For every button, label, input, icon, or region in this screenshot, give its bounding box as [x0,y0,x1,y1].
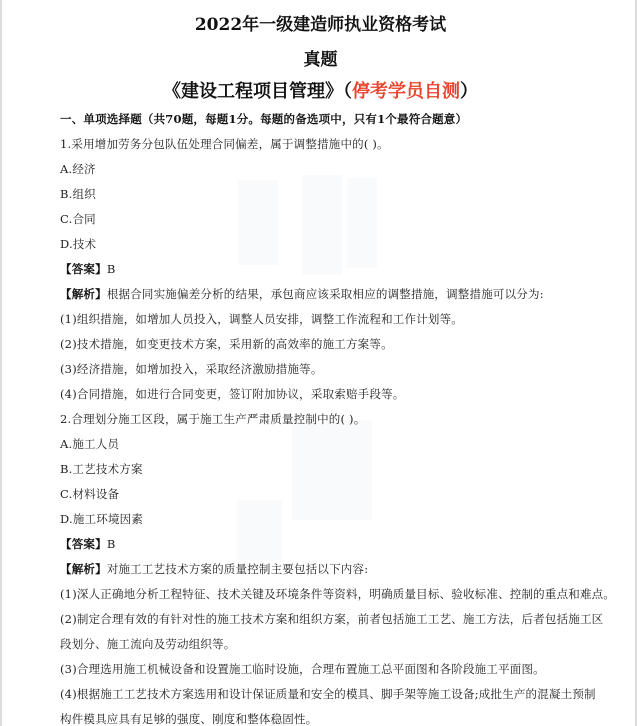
option-b: B.工艺技术方案 [60,461,143,477]
analysis-line: 【解析】对施工工艺技术方案的质量控制主要包括以下内容: [60,561,368,577]
document-page: 2022年一级建造师执业资格考试 真题 《建设工程项目管理》（停考学员自测） 一… [0,0,637,726]
analysis-point: (1)组织措施，如增加人员投入，调整人员安排，调整工作流程和工作计划等。 [60,311,463,327]
subject-title: 《建设工程项目管理》（停考学员自测） [2,77,637,103]
option-c: C.合同 [60,211,96,227]
watermark [292,420,372,520]
answer-tag: 【答案】 [60,262,107,276]
option-a: A.施工人员 [60,436,119,452]
answer-tag: 【答案】 [60,537,107,551]
question-stem: 2.合理划分施工区段，属于施工生产严肃质量控制中的( )。 [60,411,365,427]
analysis-point: 段划分、施工流向及劳动组织等。 [60,636,236,652]
option-b: B.组织 [60,186,96,202]
analysis-intro: 对施工工艺技术方案的质量控制主要包括以下内容: [107,562,368,576]
answer-line: 【答案】B [60,261,115,277]
answer-value: B [107,537,116,551]
analysis-point: (3)合理选用施工机械设备和设置施工临时设施，合理布置施工总平面图和各阶段施工平… [60,661,545,677]
analysis-point: (4)根据施工工艺技术方案选用和设计保证质量和安全的模具、脚手架等施工设备;成批… [60,686,596,702]
analysis-point: 构件模具应具有足够的强度、刚度和整体稳固性。 [60,711,317,726]
option-d: D.施工环境因素 [60,511,143,527]
analysis-intro: 根据合同实施偏差分析的结果，承包商应该采取相应的调整措施，调整措施可以分为: [107,287,544,301]
exam-subtitle: 真题 [2,45,637,70]
self-test-label: 停考学员自测 [352,81,460,102]
answer-value: B [107,262,116,276]
question-stem: 1.采用增加劳务分包队伍处理合同偏差，属于调整措施中的( )。 [60,136,389,152]
watermark [237,500,282,560]
paren-close: ） [460,81,478,102]
section-heading: 一、单项选择题（共70题，每题1分。每题的备选项中，只有1个最符合题意） [60,111,467,127]
analysis-point: (2)制定合理有效的有针对性的施工技术方案和组织方案，前者包括施工工艺、施工方法… [60,611,603,627]
exam-title: 2022年一级建造师执业资格考试 [2,10,637,35]
paren-open: （ [343,81,352,102]
option-c: C.材料设备 [60,486,119,502]
watermark [302,175,342,275]
watermark [238,180,278,265]
analysis-point: (4)合同措施，如进行合同变更，签订附加协议，采取索赔手段等。 [60,386,405,402]
watermark [347,178,377,268]
subject-name: 《建设工程项目管理》 [163,81,343,102]
analysis-point: (3)经济措施，如增加投入，采取经济激励措施等。 [60,361,323,377]
analysis-tag: 【解析】 [60,287,107,301]
analysis-line: 【解析】根据合同实施偏差分析的结果，承包商应该采取相应的调整措施，调整措施可以分… [60,286,544,302]
analysis-tag: 【解析】 [60,562,107,576]
answer-line: 【答案】B [60,536,115,552]
analysis-point: (1)深人正确地分析工程特征、技术关键及环境条件等资料，明确质量目标、验收标准、… [60,586,615,602]
option-a: A.经济 [60,161,96,177]
analysis-point: (2)技术措施，如变更技术方案，采用新的高效率的施工方案等。 [60,336,393,352]
option-d: D.技术 [60,236,96,252]
